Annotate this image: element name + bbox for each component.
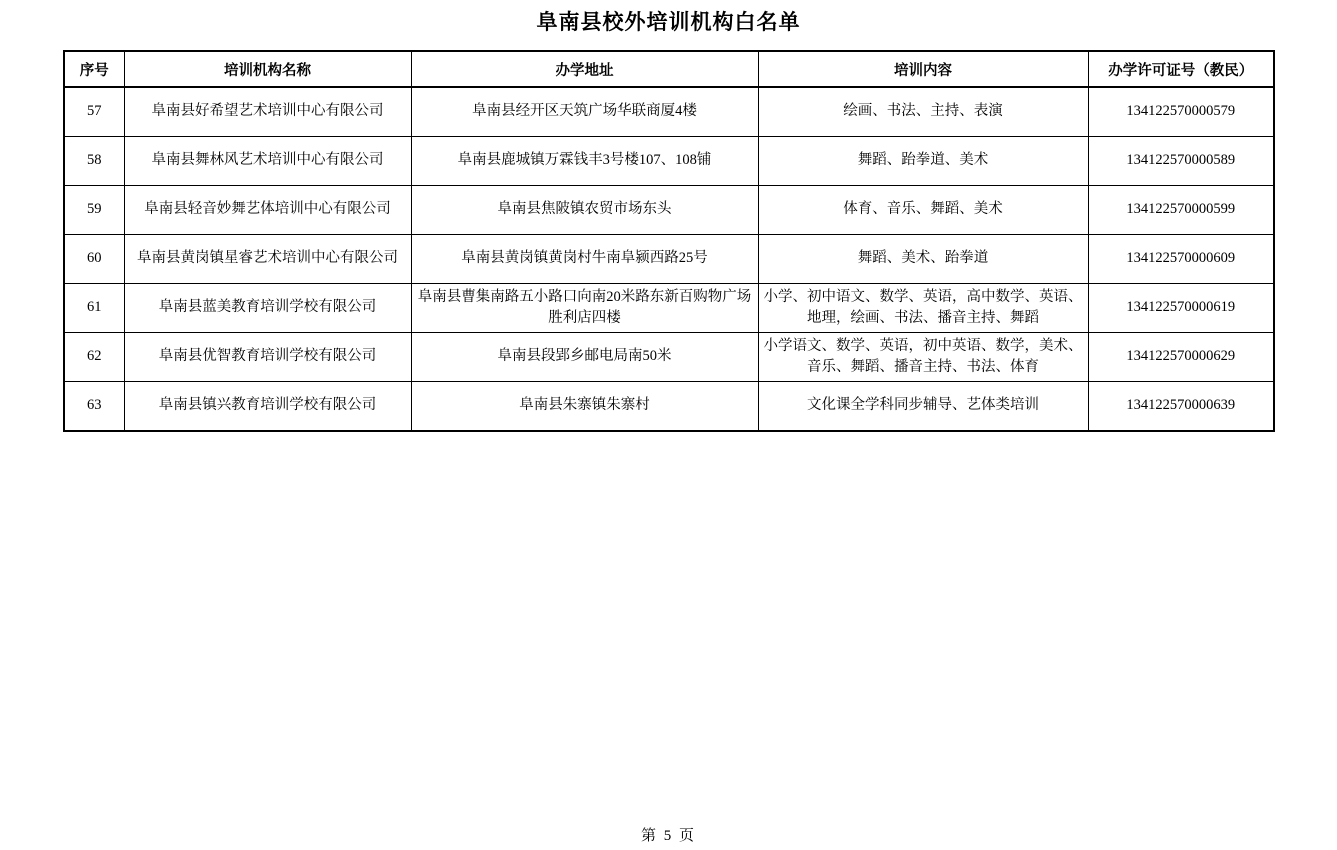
cell-content: 舞蹈、美术、跆拳道 xyxy=(758,235,1088,284)
cell-address: 阜南县曹集南路五小路口向南20米路东新百购物广场胜利店四楼 xyxy=(411,284,758,333)
table-row: 59 阜南县轻音妙舞艺体培训中心有限公司 阜南县焦陂镇农贸市场东头 体育、音乐、… xyxy=(64,186,1274,235)
cell-seq: 62 xyxy=(64,333,124,382)
cell-license: 134122570000579 xyxy=(1088,87,1274,137)
table-row: 62 阜南县优智教育培训学校有限公司 阜南县段郢乡邮电局南50米 小学语文、数学… xyxy=(64,333,1274,382)
document-page: 阜南县校外培训机构白名单 序号 培训机构名称 办学地址 培训内容 办学许可证号（… xyxy=(0,0,1337,850)
cell-name: 阜南县蓝美教育培训学校有限公司 xyxy=(124,284,411,333)
cell-seq: 61 xyxy=(64,284,124,333)
cell-address: 阜南县黄岗镇黄岗村牛南阜颍西路25号 xyxy=(411,235,758,284)
table-row: 57 阜南县好希望艺术培训中心有限公司 阜南县经开区天筑广场华联商厦4楼 绘画、… xyxy=(64,87,1274,137)
header-license: 办学许可证号（教民） xyxy=(1088,51,1274,87)
cell-seq: 57 xyxy=(64,87,124,137)
cell-license: 134122570000609 xyxy=(1088,235,1274,284)
table-header-row: 序号 培训机构名称 办学地址 培训内容 办学许可证号（教民） xyxy=(64,51,1274,87)
cell-license: 134122570000589 xyxy=(1088,137,1274,186)
cell-seq: 63 xyxy=(64,382,124,432)
cell-content: 小学、初中语文、数学、英语，高中数学、英语、地理，绘画、书法、播音主持、舞蹈 xyxy=(758,284,1088,333)
cell-license: 134122570000619 xyxy=(1088,284,1274,333)
header-seq: 序号 xyxy=(64,51,124,87)
cell-content: 舞蹈、跆拳道、美术 xyxy=(758,137,1088,186)
cell-name: 阜南县好希望艺术培训中心有限公司 xyxy=(124,87,411,137)
cell-license: 134122570000599 xyxy=(1088,186,1274,235)
cell-content: 绘画、书法、主持、表演 xyxy=(758,87,1088,137)
cell-content: 体育、音乐、舞蹈、美术 xyxy=(758,186,1088,235)
cell-address: 阜南县朱寨镇朱寨村 xyxy=(411,382,758,432)
header-name: 培训机构名称 xyxy=(124,51,411,87)
cell-seq: 59 xyxy=(64,186,124,235)
cell-address: 阜南县段郢乡邮电局南50米 xyxy=(411,333,758,382)
table-row: 60 阜南县黄岗镇星睿艺术培训中心有限公司 阜南县黄岗镇黄岗村牛南阜颍西路25号… xyxy=(64,235,1274,284)
cell-address: 阜南县焦陂镇农贸市场东头 xyxy=(411,186,758,235)
table-row: 61 阜南县蓝美教育培训学校有限公司 阜南县曹集南路五小路口向南20米路东新百购… xyxy=(64,284,1274,333)
cell-address: 阜南县经开区天筑广场华联商厦4楼 xyxy=(411,87,758,137)
header-content: 培训内容 xyxy=(758,51,1088,87)
cell-name: 阜南县黄岗镇星睿艺术培训中心有限公司 xyxy=(124,235,411,284)
table-row: 63 阜南县镇兴教育培训学校有限公司 阜南县朱寨镇朱寨村 文化课全学科同步辅导、… xyxy=(64,382,1274,432)
page-title: 阜南县校外培训机构白名单 xyxy=(0,6,1337,36)
cell-seq: 60 xyxy=(64,235,124,284)
cell-content: 文化课全学科同步辅导、艺体类培训 xyxy=(758,382,1088,432)
training-institution-table: 序号 培训机构名称 办学地址 培训内容 办学许可证号（教民） 57 阜南县好希望… xyxy=(63,50,1275,432)
table-row: 58 阜南县舞林风艺术培训中心有限公司 阜南县鹿城镇万霖钱丰3号楼107、108… xyxy=(64,137,1274,186)
cell-name: 阜南县轻音妙舞艺体培训中心有限公司 xyxy=(124,186,411,235)
cell-name: 阜南县舞林风艺术培训中心有限公司 xyxy=(124,137,411,186)
cell-name: 阜南县优智教育培训学校有限公司 xyxy=(124,333,411,382)
cell-seq: 58 xyxy=(64,137,124,186)
cell-license: 134122570000629 xyxy=(1088,333,1274,382)
cell-address: 阜南县鹿城镇万霖钱丰3号楼107、108铺 xyxy=(411,137,758,186)
cell-content: 小学语文、数学、英语，初中英语、数学，美术、音乐、舞蹈、播音主持、书法、体育 xyxy=(758,333,1088,382)
cell-name: 阜南县镇兴教育培训学校有限公司 xyxy=(124,382,411,432)
header-address: 办学地址 xyxy=(411,51,758,87)
cell-license: 134122570000639 xyxy=(1088,382,1274,432)
page-number: 第 5 页 xyxy=(0,824,1337,845)
